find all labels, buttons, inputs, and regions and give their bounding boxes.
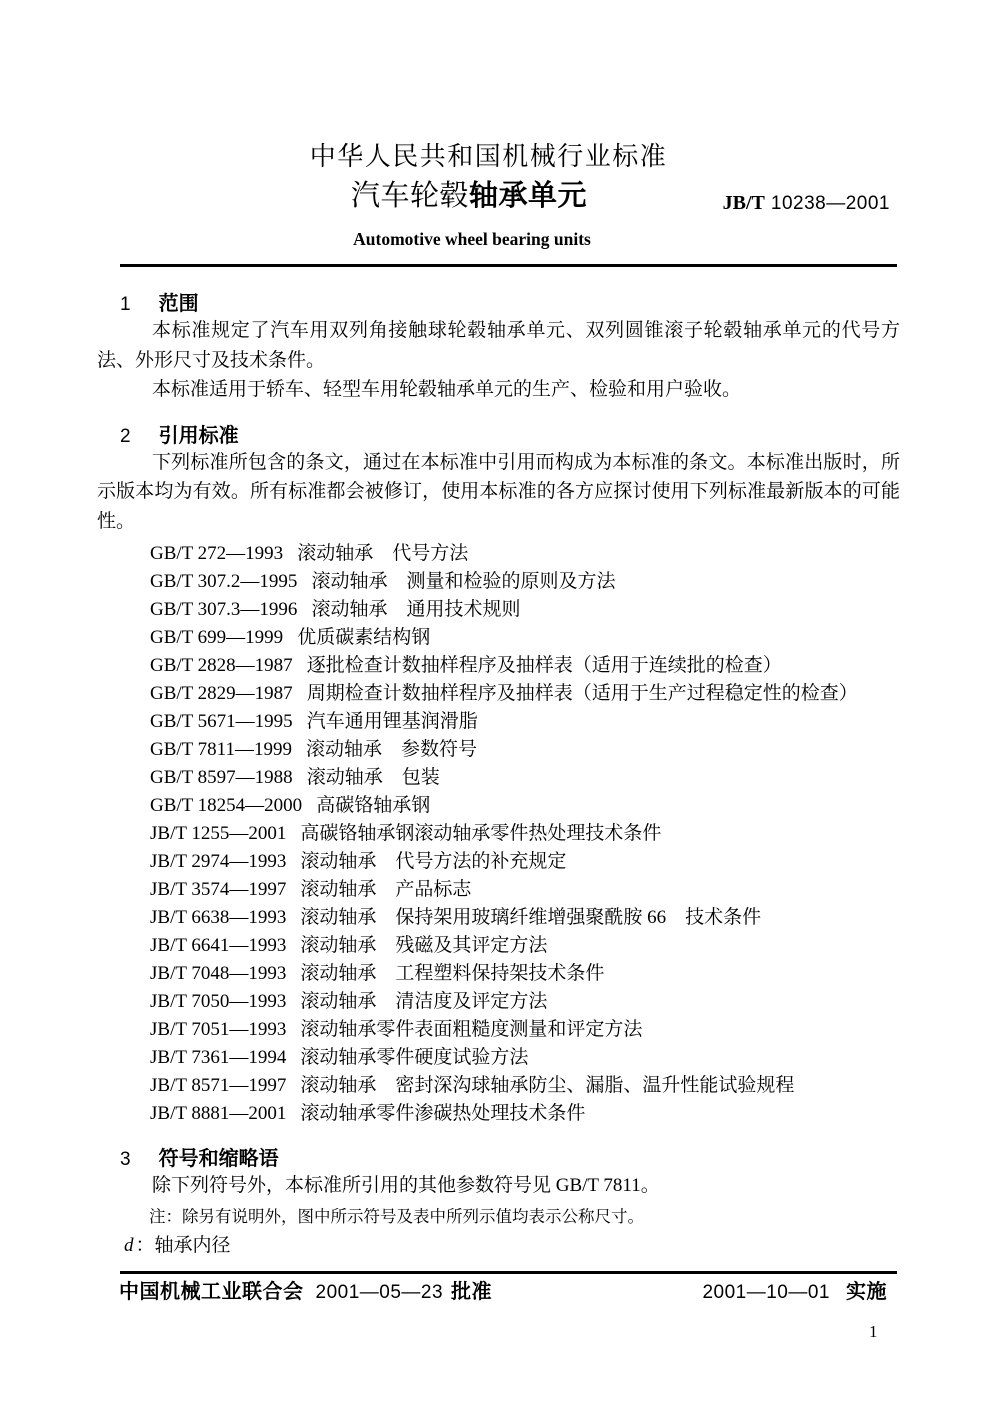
section-heading-text: 符号和缩略语 [159,1148,279,1170]
reference-item: JB/T 1255—2001高碳铬轴承钢滚动轴承零件热处理技术条件 [150,820,900,848]
paragraph: 除下列符号外，本标准所引用的其他参数符号见 GB/T 7811。 [97,1171,900,1201]
footer-line: 中国机械工业联合会2001—05—23批准 2001—10—01实施 [97,1279,900,1306]
reference-code: JB/T 8571—1997 [150,1075,286,1096]
reference-title: 滚动轴承 清洁度及评定方法 [300,991,547,1012]
section-references: 2引用标准 下列标准所包含的条文，通过在本标准中引用而构成为本标准的条文。本标准… [97,425,900,1129]
reference-code: JB/T 6641—1993 [150,935,286,956]
reference-code: GB/T 272—1993 [150,543,283,564]
reference-title: 高碳铬轴承钢滚动轴承零件热处理技术条件 [300,823,661,844]
standard-code: JB/T10238—2001 [723,192,890,215]
section-symbols: 3符号和缩略语 除下列符号外，本标准所引用的其他参数符号见 GB/T 7811。… [97,1148,900,1259]
reference-code: GB/T 7811—1999 [150,739,292,760]
footer-right: 2001—10—01实施 [702,1279,887,1306]
reference-item: GB/T 307.3—1996滚动轴承 通用技术规则 [150,596,900,624]
reference-title: 滚动轴承 参数符号 [306,739,477,760]
section-number: 1 [120,294,131,315]
symbol-line: d：轴承内径 [124,1233,900,1259]
footer-implement-label: 实施 [846,1281,887,1303]
reference-code: JB/T 8881—2001 [150,1103,286,1124]
reference-title: 高碳铬轴承钢 [316,795,430,816]
reference-item: GB/T 5671—1995汽车通用锂基润滑脂 [150,708,900,736]
paragraph: 本标准适用于轿车、轻型车用轮毂轴承单元的生产、检验和用户验收。 [97,375,900,405]
reference-item: GB/T 7811—1999滚动轴承 参数符号 [150,736,900,764]
reference-title: 滚动轴承零件表面粗糙度测量和评定方法 [300,1019,642,1040]
paragraph: 下列标准所包含的条文，通过在本标准中引用而构成为本标准的条文。本标准出版时，所示… [97,448,900,537]
reference-code: JB/T 7361—1994 [150,1047,286,1068]
reference-title: 滚动轴承 工程塑料保持架技术条件 [300,963,604,984]
standard-title: 汽车轮毂轴承单元 [351,180,587,212]
section-number: 3 [120,1149,131,1170]
reference-title: 滚动轴承零件硬度试验方法 [300,1047,528,1068]
section-scope: 1范围 本标准规定了汽车用双列角接触球轮毂轴承单元、双列圆锥滚子轮毂轴承单元的代… [97,293,900,405]
reference-item: GB/T 2829—1987周期检查计数抽样程序及抽样表（适用于生产过程稳定性的… [150,680,900,708]
reference-code: JB/T 7048—1993 [150,963,286,984]
reference-title: 滚动轴承 产品标志 [300,879,471,900]
note-line: 注：除另有说明外，图中所示符号及表中所列示值均表示公称尺寸。 [149,1205,900,1229]
reference-code: GB/T 307.3—1996 [150,599,297,620]
standard-code-number: 10238—2001 [771,193,890,214]
reference-item: JB/T 7048—1993滚动轴承 工程塑料保持架技术条件 [150,960,900,988]
reference-item: JB/T 3574—1997滚动轴承 产品标志 [150,876,900,904]
reference-title: 滚动轴承 通用技术规则 [311,599,520,620]
reference-item: GB/T 307.2—1995滚动轴承 测量和检验的原则及方法 [150,568,900,596]
english-title: Automotive wheel bearing units [97,230,900,249]
section-heading: 2引用标准 [120,425,900,448]
reference-title: 周期检查计数抽样程序及抽样表（适用于生产过程稳定性的检查） [307,683,858,704]
reference-code: GB/T 307.2—1995 [150,571,297,592]
reference-item: GB/T 8597—1988滚动轴承 包装 [150,764,900,792]
symbol-separator: ： [136,1235,155,1256]
reference-item: JB/T 8571—1997滚动轴承 密封深沟球轴承防尘、漏脂、温升性能试验规程 [150,1072,900,1100]
document-footer: 中国机械工业联合会2001—05—23批准 2001—10—01实施 [97,1271,900,1306]
footer-approve-label: 批准 [451,1281,492,1303]
section-number: 2 [120,426,131,447]
reference-code: JB/T 1255—2001 [150,823,286,844]
reference-item: JB/T 7050—1993滚动轴承 清洁度及评定方法 [150,988,900,1016]
reference-title: 滚动轴承 代号方法 [297,543,468,564]
reference-code: GB/T 699—1999 [150,627,283,648]
section-heading: 1范围 [120,293,900,316]
title-row: 汽车轮毂轴承单元 JB/T10238—2001 [97,180,900,217]
reference-title: 优质碳素结构钢 [297,627,430,648]
standard-title-light: 汽车轮毂 [351,180,469,212]
reference-item: GB/T 699—1999优质碳素结构钢 [150,624,900,652]
reference-item: JB/T 2974—1993滚动轴承 代号方法的补充规定 [150,848,900,876]
document-page: 中华人民共和国机械行业标准 汽车轮毂轴承单元 JB/T10238—2001 Au… [0,0,1003,1417]
reference-code: JB/T 6638—1993 [150,907,286,928]
footer-left: 中国机械工业联合会2001—05—23批准 [119,1279,492,1306]
reference-item: JB/T 8881—2001滚动轴承零件渗碳热处理技术条件 [150,1100,900,1128]
reference-code: GB/T 2829—1987 [150,683,293,704]
reference-title: 逐批检查计数抽样程序及抽样表（适用于连续批的检查） [307,655,782,676]
footer-implement-date: 2001—10—01 [702,1282,830,1303]
footer-approve-date: 2001—05—23 [316,1282,444,1303]
reference-title: 滚动轴承零件渗碳热处理技术条件 [300,1103,585,1124]
standard-code-prefix: JB/T [723,192,765,214]
standard-title-bold: 轴承单元 [469,180,587,212]
reference-code: GB/T 5671—1995 [150,711,293,732]
reference-list: GB/T 272—1993滚动轴承 代号方法 GB/T 307.2—1995滚动… [97,540,900,1128]
reference-title: 滚动轴承 代号方法的补充规定 [300,851,566,872]
reference-code: JB/T 7051—1993 [150,1019,286,1040]
section-heading-text: 范围 [159,293,199,315]
symbol-meaning: 轴承内径 [155,1235,231,1256]
reference-title: 滚动轴承 保持架用玻璃纤维增强聚酰胺 66 技术条件 [300,907,761,928]
reference-item: JB/T 6641—1993滚动轴承 残磁及其评定方法 [150,932,900,960]
document-content: 中华人民共和国机械行业标准 汽车轮毂轴承单元 JB/T10238—2001 Au… [97,0,900,1259]
document-header: 中华人民共和国机械行业标准 汽车轮毂轴承单元 JB/T10238—2001 Au… [97,143,900,267]
reference-item: JB/T 7051—1993滚动轴承零件表面粗糙度测量和评定方法 [150,1016,900,1044]
section-heading: 3符号和缩略语 [120,1148,900,1171]
reference-title: 滚动轴承 包装 [307,767,440,788]
reference-title: 汽车通用锂基润滑脂 [307,711,478,732]
page-number: 1 [869,1322,878,1342]
reference-code: JB/T 7050—1993 [150,991,286,1012]
reference-item: GB/T 2828—1987逐批检查计数抽样程序及抽样表（适用于连续批的检查） [150,652,900,680]
footer-issuer: 中国机械工业联合会 [119,1281,304,1303]
reference-code: JB/T 3574—1997 [150,879,286,900]
standard-type-line: 中华人民共和国机械行业标准 [97,143,900,171]
reference-item: JB/T 6638—1993滚动轴承 保持架用玻璃纤维增强聚酰胺 66 技术条件 [150,904,900,932]
reference-code: GB/T 8597—1988 [150,767,293,788]
reference-title: 滚动轴承 残磁及其评定方法 [300,935,547,956]
reference-item: JB/T 7361—1994滚动轴承零件硬度试验方法 [150,1044,900,1072]
section-heading-text: 引用标准 [159,425,239,447]
reference-code: GB/T 2828—1987 [150,655,293,676]
symbol-letter: d [124,1235,134,1256]
reference-item: GB/T 18254—2000高碳铬轴承钢 [150,792,900,820]
reference-title: 滚动轴承 测量和检验的原则及方法 [311,571,615,592]
reference-code: JB/T 2974—1993 [150,851,286,872]
reference-item: GB/T 272—1993滚动轴承 代号方法 [150,540,900,568]
header-rule [120,264,897,267]
reference-title: 滚动轴承 密封深沟球轴承防尘、漏脂、温升性能试验规程 [300,1075,794,1096]
paragraph: 本标准规定了汽车用双列角接触球轮毂轴承单元、双列圆锥滚子轮毂轴承单元的代号方法、… [97,316,900,375]
reference-code: GB/T 18254—2000 [150,795,302,816]
footer-rule [120,1271,897,1274]
